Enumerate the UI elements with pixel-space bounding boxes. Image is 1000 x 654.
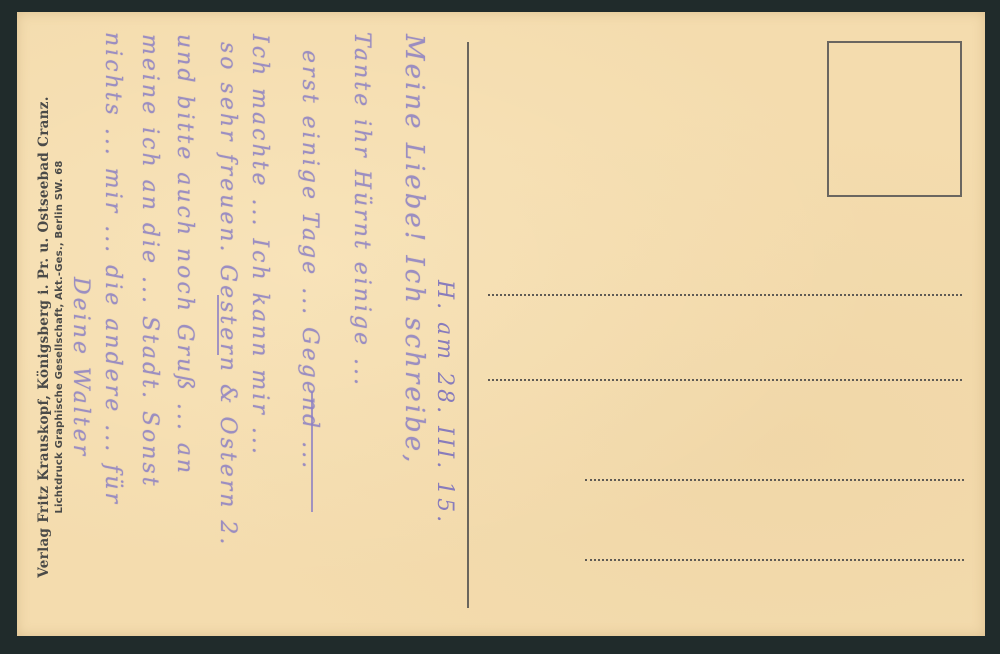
scanned-postcard: Verlag Fritz Krauskopf, Königsberg i. Pr…: [0, 0, 1000, 654]
address-line-4: [585, 559, 964, 561]
stamp-box: stamp area: [827, 41, 962, 197]
handwritten-underline: [311, 392, 313, 512]
publisher-line-2: Lichtdruck Graphische Gesellschaft, Akt.…: [53, 77, 67, 597]
publisher-imprint: Verlag Fritz Krauskopf, Königsberg i. Pr…: [35, 77, 83, 597]
postcard: Verlag Fritz Krauskopf, Königsberg i. Pr…: [17, 12, 985, 636]
message-line-1: Meine Liebe! Ich schreibe,: [399, 34, 429, 465]
message-line-6: und bitte auch noch Gruß ... an: [172, 34, 197, 476]
address-line-1: [488, 294, 962, 296]
message-line-7: meine ich an die ... Stadt. Sonst: [137, 34, 162, 489]
message-line-4: Ich machte ... Ich kann mir ...: [247, 34, 272, 457]
message-line-5: so sehr freuen. Gestern & Ostern 2.: [215, 42, 240, 547]
address-line-3: [585, 479, 964, 481]
handwritten-underline: [217, 295, 219, 355]
message-date: H. am 28. III. 15.: [432, 280, 457, 525]
message-line-8: nichts ... mir ... die andere ... für: [100, 32, 125, 506]
publisher-line-1: Verlag Fritz Krauskopf, Königsberg i. Pr…: [35, 77, 53, 597]
address-line-2: [488, 379, 962, 381]
center-divider: [467, 42, 469, 608]
message-line-2: Tante ihr Hürnt einige ...: [349, 32, 374, 388]
message-line-3: erst einige Tage ... Gegend ...: [297, 50, 322, 471]
